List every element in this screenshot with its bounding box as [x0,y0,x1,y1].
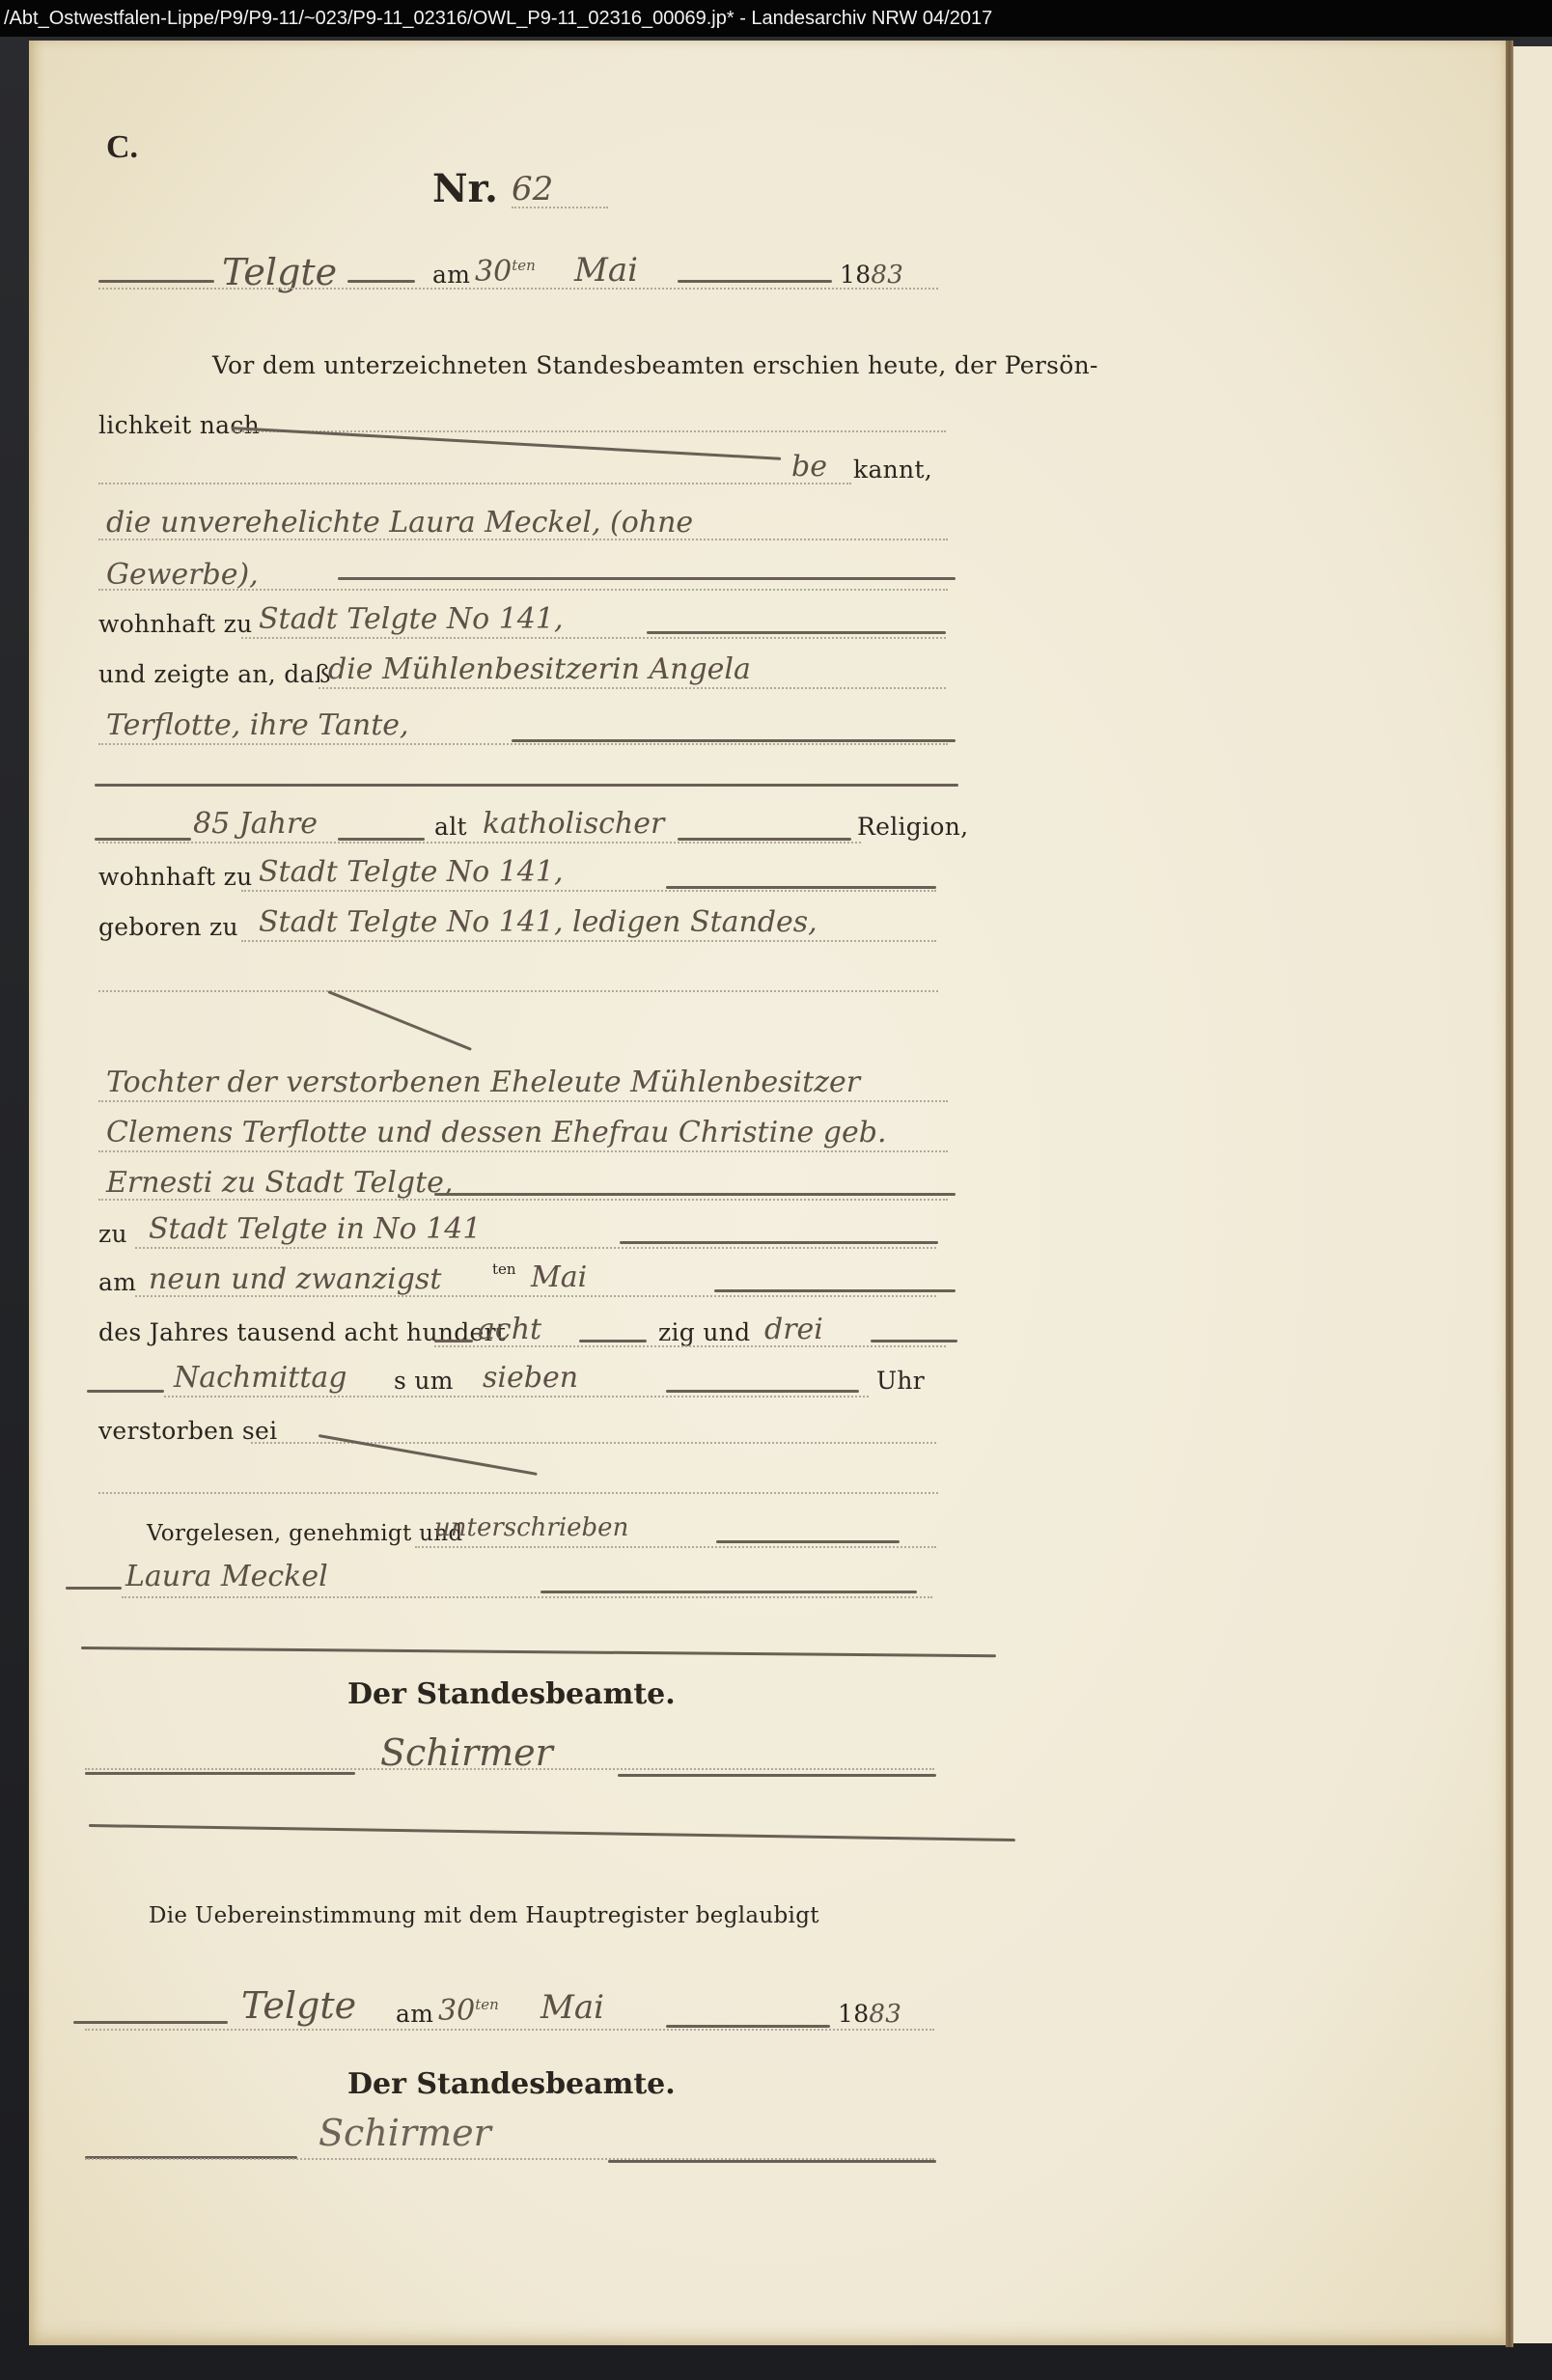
year-unit: drei [764,1313,823,1346]
strike-line [95,838,191,841]
deceased-residence-label: wohnhaft zu [98,863,252,891]
strike-line [81,1647,996,1657]
strike-line [666,886,936,889]
strike-line [338,577,956,580]
header-rule [98,288,938,290]
rule [415,1546,936,1548]
header-year: 1883 [840,261,903,290]
informant-line-2: Gewerbe), [106,558,259,592]
record-number-label: Nr. [432,166,498,211]
year-label-2: zig und [658,1318,750,1346]
book-gutter [1506,41,1513,2347]
strike-line [89,1824,1015,1841]
registrar-heading: Der Standesbeamte. [347,1677,676,1711]
rule [241,890,936,892]
certification-text: Die Uebereinstimmung mit dem Hauptregist… [149,1903,819,1928]
window-title-bar: /Abt_Ostwestfalen-Lippe/P9/P9-11/~023/P9… [0,0,1552,37]
number-rule [512,207,608,208]
strike-line [618,1774,936,1777]
strike-line [95,784,958,787]
deceased-line-1: die Mühlenbesitzerin Angela [328,652,751,686]
read-label: Vorgelesen, genehmigt und [147,1521,462,1546]
strike-line [73,2021,228,2024]
register-page: C. Nr. 62 Telgte am 30ten Mai 1883 Vor d… [29,41,1506,2345]
strike-line [66,1587,122,1590]
announce-label: und zeigte an, daß [98,660,331,688]
rule [98,990,938,992]
time-of-day: Nachmittag [174,1361,347,1395]
death-day-label: am [98,1268,136,1296]
year-decade: acht [478,1313,541,1346]
time-suffix: s um [394,1367,454,1395]
death-day: neun und zwanzigst [149,1262,441,1296]
residence-label: wohnhaft zu [98,610,252,638]
hour: sieben [483,1361,578,1395]
age-value: 85 Jahre [193,807,318,841]
header-day: 30ten [475,255,536,289]
death-place-label: zu [98,1220,127,1248]
religion-label: Religion, [857,813,968,841]
registrar-signature-2: Schirmer [319,2112,491,2154]
header-month: Mai [574,251,638,290]
rule [241,637,946,639]
rule [135,1295,936,1297]
header-am-label: am [432,261,470,289]
birth-label: geboren zu [98,913,238,941]
cert-month: Mai [540,1988,604,2027]
cancel-stroke [319,1434,538,1476]
next-page-edge [1513,46,1552,2343]
strike-line [714,1289,956,1292]
strike-line [666,2025,830,2028]
rule [98,589,948,591]
strike-line [579,1340,647,1342]
cert-year: 1883 [838,2000,901,2029]
strike-line [871,1340,957,1342]
informant-residence: Stadt Telgte No 141, [259,602,564,636]
parents-line-3: Ernesti zu Stadt Telgte, [106,1166,453,1200]
strike-line [608,2160,936,2163]
rule [98,1199,948,1201]
cancel-stroke [327,990,471,1051]
deceased-residence: Stadt Telgte No 141, [259,855,564,889]
known-prefix: be [791,450,827,484]
informant-line-1: die unverehelichte Laura Meckel, (ohne [106,506,693,540]
cert-place: Telgte [241,1984,356,2027]
window-title: /Abt_Ostwestfalen-Lippe/P9/P9-11/~023/P9… [4,8,992,29]
rule [241,940,936,942]
died-label: verstorben sei [98,1417,277,1445]
strike-line [647,631,946,634]
strike-line [347,280,415,283]
strike-line [678,280,832,283]
known-suffix: kannt, [853,456,932,484]
rule [434,1345,946,1347]
strike-line [87,1390,164,1393]
parents-line-1: Tochter der verstorbenen Eheleute Mühlen… [106,1065,860,1099]
informant-signature: Laura Meckel [125,1560,328,1593]
rule [98,1100,948,1102]
record-number: 62 [512,170,553,208]
strike-line [678,838,851,841]
religion-value: katholischer [483,807,664,841]
strike-line [512,739,956,742]
strike-line [716,1540,900,1543]
rule [85,2029,934,2031]
birth-place: Stadt Telgte No 141, ledigen Standes, [259,905,818,939]
strike-line [85,1772,355,1775]
strike-line [338,838,425,841]
hour-label: Uhr [876,1367,925,1395]
rule [98,1150,948,1152]
death-day-suffix: ten [492,1260,516,1278]
strike-line [434,1340,473,1342]
rule [319,687,946,689]
strike-line [666,1390,859,1393]
age-label: alt [434,813,467,841]
strike-line [98,280,214,283]
rule [98,483,851,484]
strike-line [434,1193,956,1196]
strike-line [620,1241,938,1244]
rule [164,1396,869,1398]
rule [85,1768,934,1770]
rule [98,743,948,745]
rule [98,842,861,844]
death-place: Stadt Telgte in No 141 [149,1212,481,1246]
read-value: unterschrieben [434,1513,628,1542]
rule [98,539,948,540]
rule [85,2158,934,2160]
intro-line-2: lichkeit nach [98,411,260,439]
cert-am-label: am [396,2000,433,2028]
registrar-heading-2: Der Standesbeamte. [347,2067,676,2101]
rule [98,1492,938,1494]
deceased-line-2: Terflotte, ihre Tante, [106,708,409,742]
intro-line-1: Vor dem unterzeichneten Standesbeamten e… [212,351,1098,379]
cert-day: 30ten [438,1994,499,2028]
death-month: Mai [531,1260,587,1294]
section-letter: C. [106,129,138,166]
strike-line [540,1591,917,1593]
parents-line-2: Clemens Terflotte und dessen Ehefrau Chr… [106,1116,886,1149]
rule [135,1247,936,1249]
rule [122,1596,932,1598]
